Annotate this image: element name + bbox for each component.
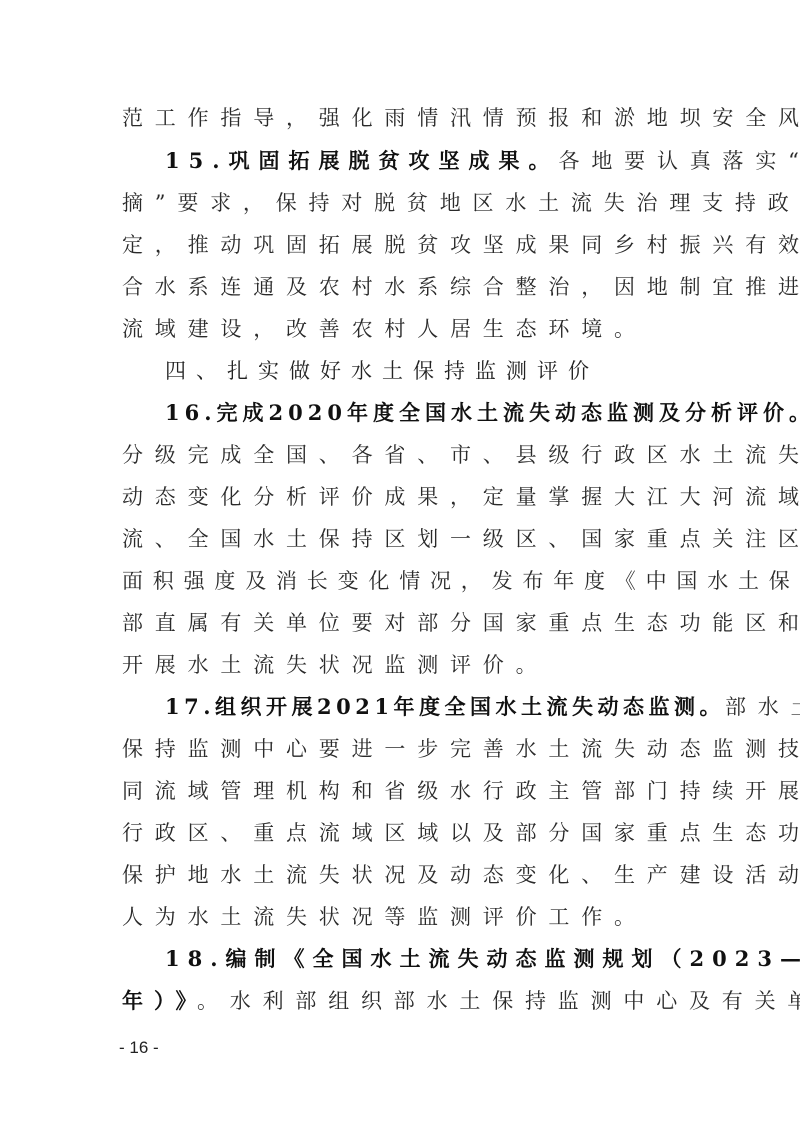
line-text: 摘”要求，保持对脱贫地区水土流失治理支持政策总体稳 [122, 191, 800, 215]
item-17-heading-line: 17.组织开展2021年度全国水土流失动态监测。部水土 [165, 692, 800, 722]
item-18-title-end: 年）》 [122, 988, 197, 1013]
line-text: 范工作指导，强化雨情汛情预报和淤地坝安全风险预警。 [122, 106, 800, 130]
text-line: 摘”要求，保持对脱贫地区水土流失治理支持政策总体稳 [122, 188, 800, 218]
document-page: 范工作指导，强化雨情汛情预报和淤地坝安全风险预警。 15.巩固拓展脱贫攻坚成果。… [0, 0, 800, 1131]
line-text: 动态变化分析评价成果，定量掌握大江大河流域及主要支 [122, 485, 800, 509]
section-heading-text: 四、扎实做好水土保持监测评价 [165, 359, 599, 383]
text-line: 合水系连通及农村水系综合整治，因地制宜推进生态清洁小 [122, 272, 800, 302]
section-4-heading: 四、扎实做好水土保持监测评价 [165, 356, 599, 386]
text-line: 同流域管理机构和省级水行政主管部门持续开展全国、各级 [122, 776, 800, 806]
line-text: 行政区、重点流域区域以及部分国家重点生态功能区、自然 [122, 821, 800, 845]
line-text: 。水利部组织部水土保持监测中心及有关单位在分析 [197, 989, 800, 1013]
line-text: 分级完成全国、各省、市、县级行政区水土流失状况监测及 [122, 443, 800, 467]
line-text: 保持监测中心要进一步完善水土流失动态监测技术指南，会 [122, 737, 800, 761]
text-line: 开展水土流失状况监测评价。 [122, 650, 548, 680]
line-text: 保护地水土流失状况及动态变化、生产建设活动地表扰动及 [122, 863, 800, 887]
line-text: 各地要认真落实“四不 [559, 149, 800, 173]
text-line: 人为水土流失状况等监测评价工作。 [122, 902, 647, 932]
line-text: 流、全国水土保持区划一级区、国家重点关注区域水土流失 [122, 527, 800, 551]
item-18-title: 18.编制《全国水土流失动态监测规划（2023—2028 [165, 946, 800, 971]
text-line: 保护地水土流失状况及动态变化、生产建设活动地表扰动及 [122, 860, 800, 890]
text-line: 流域建设，改善农村人居生态环境。 [122, 314, 647, 344]
line-text: 定，推动巩固拓展脱贫攻坚成果同乡村振兴有效衔接。要结 [122, 233, 800, 257]
text-line: 流、全国水土保持区划一级区、国家重点关注区域水土流失 [122, 524, 800, 554]
item-16-title: 16.完成2020年度全国水土流失动态监测及分析评价。 [165, 400, 800, 425]
item-16-heading-line: 16.完成2020年度全国水土流失动态监测及分析评价。 [165, 398, 800, 428]
line-text: 部直属有关单位要对部分国家重点生态功能区和国家公园 [122, 611, 800, 635]
item-15-title: 15.巩固拓展脱贫攻坚成果。 [165, 148, 559, 173]
line-text: 面积强度及消长变化情况，发布年度《中国水土保持公报》。 [122, 569, 800, 593]
item-17-title: 17.组织开展2021年度全国水土流失动态监测。 [165, 694, 725, 719]
line-text: 流域建设，改善农村人居生态环境。 [122, 317, 647, 341]
page-number: - 16 - [119, 1038, 159, 1058]
text-line: 动态变化分析评价成果，定量掌握大江大河流域及主要支 [122, 482, 800, 512]
text-line: 保持监测中心要进一步完善水土流失动态监测技术指南，会 [122, 734, 800, 764]
line-text: 合水系连通及农村水系综合整治，因地制宜推进生态清洁小 [122, 275, 800, 299]
line-text: 开展水土流失状况监测评价。 [122, 653, 548, 677]
line-text: 部水土 [725, 695, 800, 719]
text-line: 面积强度及消长变化情况，发布年度《中国水土保持公报》。 [122, 566, 800, 596]
text-line: 行政区、重点流域区域以及部分国家重点生态功能区、自然 [122, 818, 800, 848]
text-line: 定，推动巩固拓展脱贫攻坚成果同乡村振兴有效衔接。要结 [122, 230, 800, 260]
text-line: 范工作指导，强化雨情汛情预报和淤地坝安全风险预警。 [122, 103, 800, 133]
item-18-heading-line: 18.编制《全国水土流失动态监测规划（2023—2028 [165, 944, 800, 974]
line-text: 同流域管理机构和省级水行政主管部门持续开展全国、各级 [122, 779, 800, 803]
text-line: 部直属有关单位要对部分国家重点生态功能区和国家公园 [122, 608, 800, 638]
text-line: 分级完成全国、各省、市、县级行政区水土流失状况监测及 [122, 440, 800, 470]
item-18-continuation-line: 年）》。水利部组织部水土保持监测中心及有关单位在分析 [122, 986, 800, 1016]
line-text: 人为水土流失状况等监测评价工作。 [122, 905, 647, 929]
item-15-heading-line: 15.巩固拓展脱贫攻坚成果。各地要认真落实“四不 [165, 146, 800, 176]
